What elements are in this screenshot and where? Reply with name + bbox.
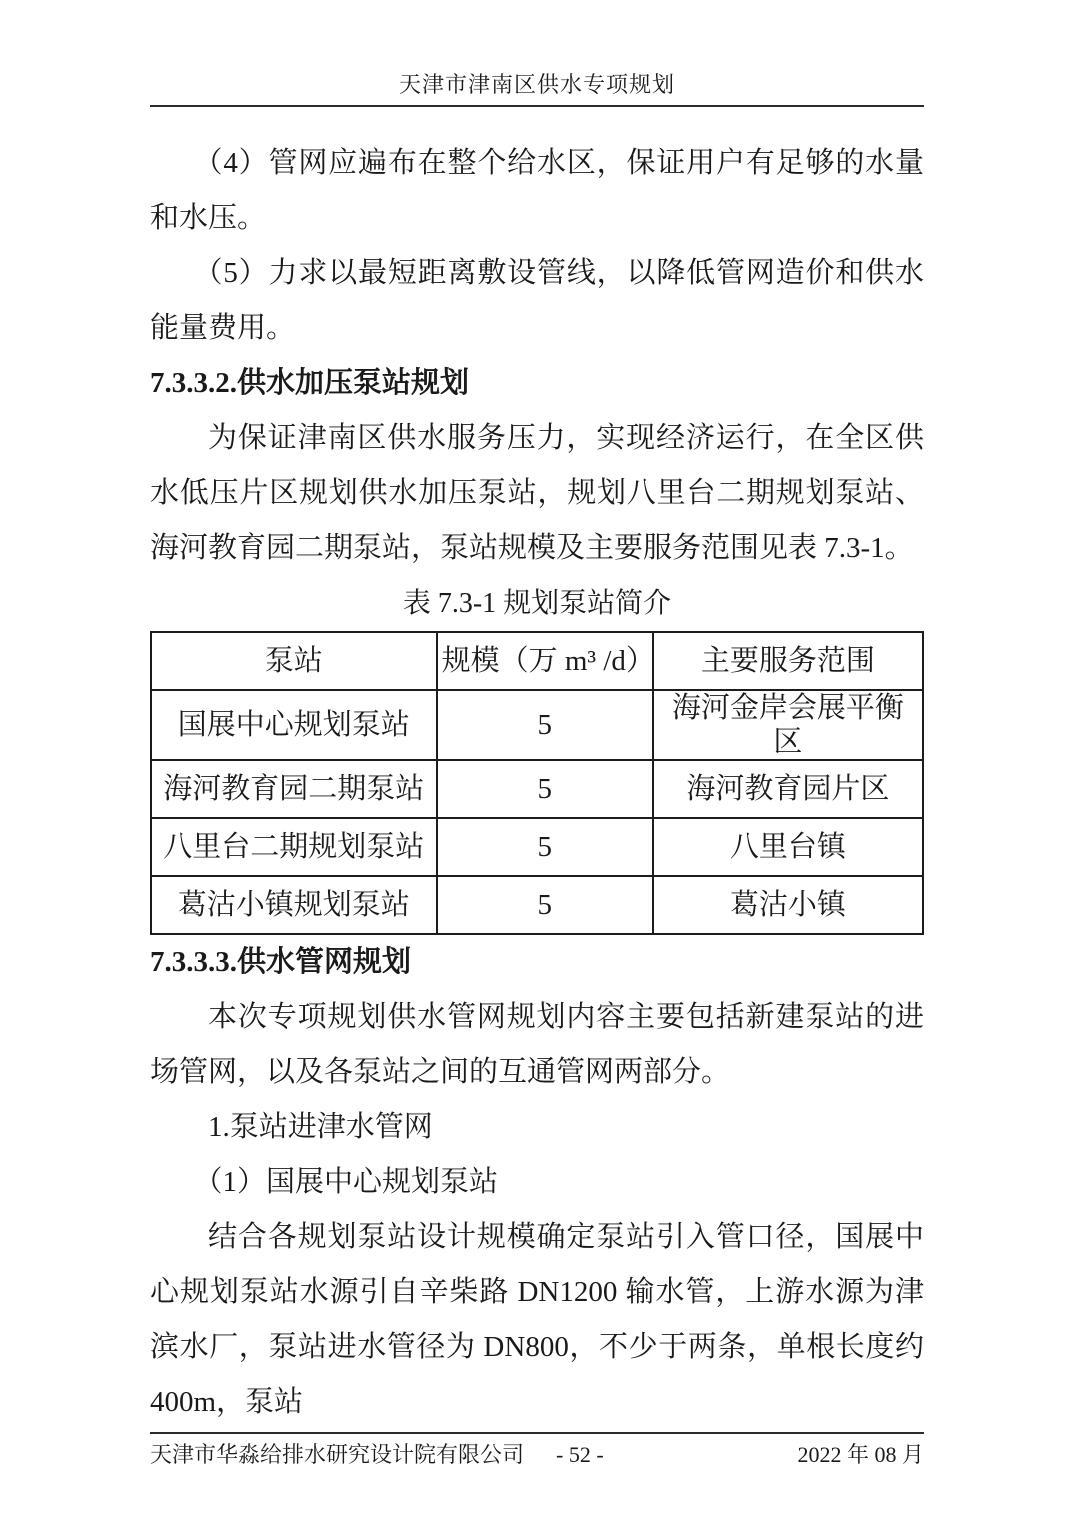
paragraph-pressure-stations: 为保证津南区供水服务压力，实现经济运行，在全区供水低压片区规划供水加压泵站，规划… <box>150 411 924 576</box>
column-header-service-area: 主要服务范围 <box>653 632 923 690</box>
cell-service-area: 葛沽小镇 <box>653 876 923 934</box>
paragraph-item-5: （5）力求以最短距离敷设管线，以降低管网造价和供水能量费用。 <box>150 246 924 356</box>
table-caption: 表 7.3-1 规划泵站简介 <box>150 576 924 631</box>
cell-scale: 5 <box>437 876 653 934</box>
paragraph-network-scope: 本次专项规划供水管网规划内容主要包括新建泵站的进场管网，以及各泵站之间的互通管网… <box>150 990 924 1100</box>
column-header-scale: 规模（万 m³ /d） <box>437 632 653 690</box>
cell-scale: 5 <box>437 690 653 760</box>
running-header-title: 天津市津南区供水专项规划 <box>150 72 924 105</box>
cell-service-area: 八里台镇 <box>653 818 923 876</box>
footer-page-number: - 52 - <box>556 1440 604 1470</box>
footer-date: 2022 年 08 月 <box>797 1440 924 1470</box>
page-body: （4）管网应遍布在整个给水区，保证用户有足够的水量和水压。 （5）力求以最短距离… <box>150 136 924 1430</box>
cell-station-name: 海河教育园二期泵站 <box>151 760 437 818</box>
cell-service-area: 海河教育园片区 <box>653 760 923 818</box>
page-footer: 天津市华淼给排水研究设计院有限公司 - 52 - 2022 年 08 月 <box>150 1432 924 1470</box>
column-header-station: 泵站 <box>151 632 437 690</box>
paragraph-pipe-detail: 结合各规划泵站设计规模确定泵站引入管口径，国展中心规划泵站水源引自辛柴路 DN1… <box>150 1210 924 1430</box>
cell-station-name: 八里台二期规划泵站 <box>151 818 437 876</box>
cell-scale: 5 <box>437 818 653 876</box>
list-item-1: 1.泵站进津水管网 <box>150 1100 924 1155</box>
table-row: 葛沽小镇规划泵站 5 葛沽小镇 <box>151 876 923 934</box>
footer-company-name: 天津市华淼给排水研究设计院有限公司 <box>150 1440 524 1470</box>
pump-station-table: 泵站 规模（万 m³ /d） 主要服务范围 国展中心规划泵站 5 海河金岸会展平… <box>150 631 924 935</box>
cell-station-name: 国展中心规划泵站 <box>151 690 437 760</box>
list-item-1-1: （1）国展中心规划泵站 <box>150 1155 924 1210</box>
cell-service-area: 海河金岸会展平衡区 <box>653 690 923 760</box>
table-row: 八里台二期规划泵站 5 八里台镇 <box>151 818 923 876</box>
section-heading-7-3-3-2: 7.3.3.2.供水加压泵站规划 <box>150 356 924 411</box>
page-header: 天津市津南区供水专项规划 <box>150 0 924 107</box>
document-page: 天津市津南区供水专项规划 （4）管网应遍布在整个给水区，保证用户有足够的水量和水… <box>0 0 1074 1520</box>
section-heading-7-3-3-3: 7.3.3.3.供水管网规划 <box>150 935 924 990</box>
cell-scale: 5 <box>437 760 653 818</box>
table-header-row: 泵站 规模（万 m³ /d） 主要服务范围 <box>151 632 923 690</box>
cell-station-name: 葛沽小镇规划泵站 <box>151 876 437 934</box>
table-row: 海河教育园二期泵站 5 海河教育园片区 <box>151 760 923 818</box>
paragraph-item-4: （4）管网应遍布在整个给水区，保证用户有足够的水量和水压。 <box>150 136 924 246</box>
table-row: 国展中心规划泵站 5 海河金岸会展平衡区 <box>151 690 923 760</box>
